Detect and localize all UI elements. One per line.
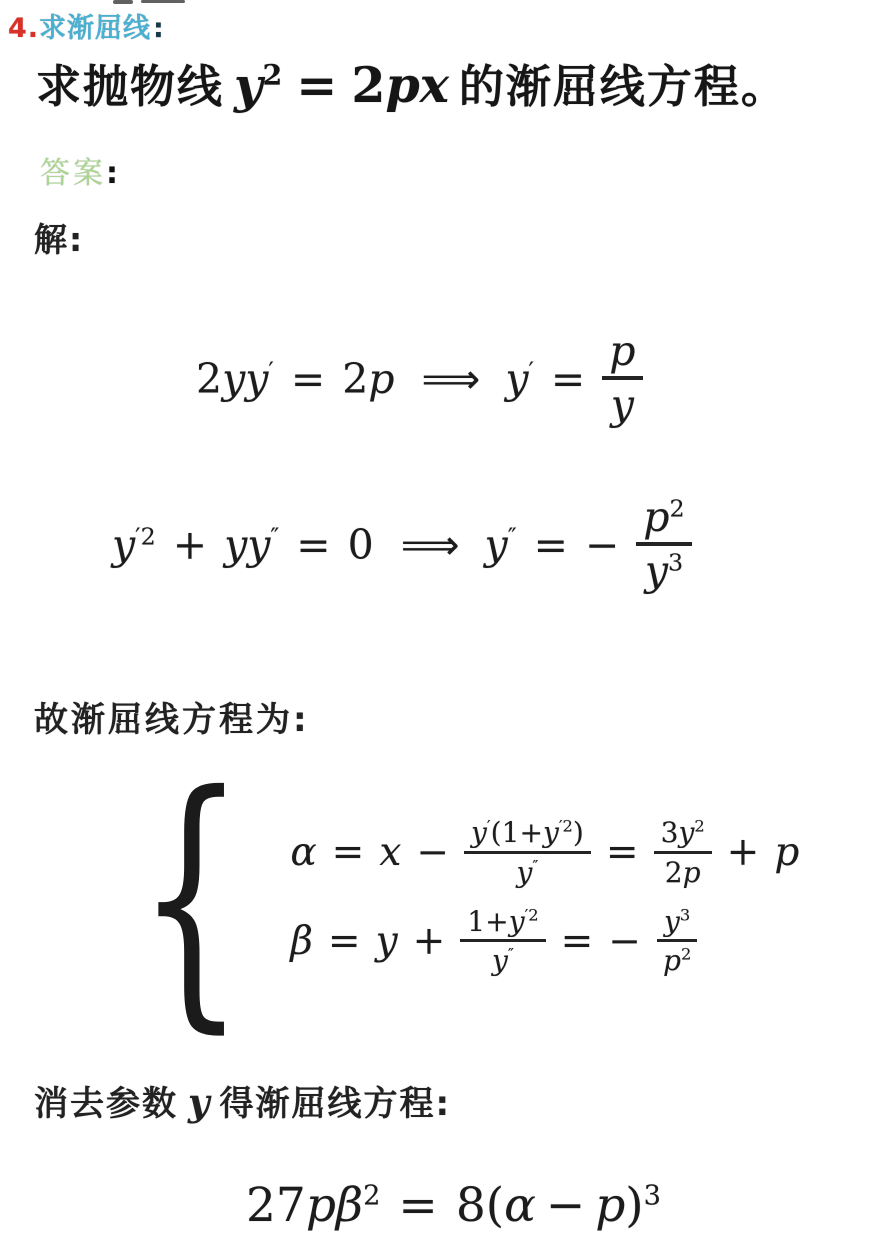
equation-second-derivative: y′2 + yy″ = 0 ⟹ y″ = − p2 y3 [112,496,692,593]
double-prime-mark: ″ [532,856,538,875]
var-y: y [188,1080,210,1124]
coef: 3 [661,816,679,849]
answer-text: 答案 [40,156,106,191]
var-y: y [471,816,487,849]
denominator: p2 [656,942,698,975]
exponent: 2 [670,494,685,522]
equals-sign: = [561,919,594,964]
equals-sign: = [332,830,365,875]
minus-sign: − [608,919,641,964]
y-prime: y′ [505,355,534,403]
numerator: p [602,330,642,380]
equals-sign: = [606,830,639,875]
prime-exponent: ′2 [559,817,573,836]
fraction-curvature-term: 1+y′2 y″ [460,907,545,976]
y-prime-squared: y′2 [112,521,156,569]
answer-colon: : [106,156,118,191]
equals-sign: = [296,521,330,569]
exponent: 2 [363,1180,380,1211]
var-y: y [376,919,398,964]
plus-sign: + [413,919,446,964]
equals-sign: = [534,521,568,569]
document-page: 4.求渐屈线: 求抛物线 y2=2px 的渐屈线方程。 答案: 解: 2yy′ … [0,0,886,1258]
equals-sign: = [296,56,337,114]
top-edge-artifact [113,0,133,4]
prime-exponent: ′2 [525,906,539,925]
section-title: 求渐屈线 [39,13,151,44]
section-number: 4. [8,13,39,44]
negative-fraction: − [585,521,619,569]
problem-equation: y2=2px [234,56,449,114]
elimination-sentence: 消去参数 y 得渐屈线方程: [34,1076,451,1125]
fraction-p2-over-y3: p2 y3 [636,496,691,593]
alpha-equation: α = x − y′(1+y′2) y″ = 3y2 2p + p [290,818,799,887]
var-p: p [368,355,394,403]
var-y: y [678,816,694,849]
var-alpha: α [290,830,316,875]
exponent: 2 [681,945,691,964]
open-paren: (1+ [491,816,543,849]
var-y: y [505,355,528,403]
final-lhs: 27pβ2 [246,1178,380,1233]
zero: 0 [348,521,374,569]
section-header: 4.求渐屈线: [8,6,165,45]
problem-prefix: 求抛物线 [36,50,224,115]
plus-sign: + [727,830,760,875]
var-y: y [112,521,135,569]
minus-sign: − [585,521,619,569]
prime-exponent: ′2 [135,522,156,550]
var-y: y [664,905,680,938]
coef: 2 [665,856,683,889]
numerator: p2 [636,496,691,546]
numerator: y3 [657,907,697,942]
coef-open-paren: 8( [456,1178,504,1233]
implies-arrow-icon: ⟹ [401,521,458,569]
numerator: y′(1+y′2) [464,818,591,853]
final-evolute-equation: 27pβ2 = 8(α−p)3 [246,1178,661,1233]
var-y: y [516,856,532,889]
equals-sign: = [551,355,585,403]
denominator: y3 [638,546,690,593]
final-rhs: 8(α−p)3 [456,1178,661,1233]
var-y: y [485,521,508,569]
y-double-prime: y″ [485,521,517,569]
prime-mark: ′ [528,356,533,384]
eq1-rhs: 2p [342,355,394,403]
vars: yy [224,521,270,569]
vars: yy [222,355,268,403]
problem-statement: 求抛物线 y2=2px 的渐屈线方程。 [36,50,788,115]
numerator: 3y2 [654,818,712,853]
problem-suffix: 的渐屈线方程。 [459,50,788,115]
close-paren: ) [625,1178,643,1233]
vars: pβ [306,1178,363,1233]
exponent: 3 [680,906,690,925]
minus-sign: − [416,830,449,875]
minus-sign: − [546,1178,585,1233]
var-alpha: α [504,1178,536,1233]
exponent: 2 [694,817,704,836]
top-edge-artifact [141,0,185,3]
coefficient: 2 [351,56,385,114]
implies-arrow-icon: ⟹ [422,355,479,403]
y-y-double-prime: yy″ [224,521,279,569]
fraction-y3-over-p2: y3 p2 [656,907,698,976]
denominator: y [604,380,641,427]
plus-sign: + [173,521,207,569]
evolute-intro-label: 故渐屈线方程为: [34,692,310,741]
equals-sign: = [398,1178,437,1233]
var-p: p [595,1178,625,1233]
var-x: x [379,830,401,875]
equals-sign: = [328,919,361,964]
var-y: y [492,944,508,977]
eq1-lhs: 2yy′ [196,355,274,403]
elim-prefix: 消去参数 [34,1076,178,1125]
var-p: p [683,856,701,889]
evolute-system: { α = x − y′(1+y′2) y″ = 3y2 2p + p [104,788,799,1006]
exponent: 3 [644,1180,661,1211]
double-prime-mark: ″ [508,522,517,550]
equation-first-derivative: 2yy′ = 2p ⟹ y′ = p y [196,330,643,427]
fraction-curvature-term: y′(1+y′2) y″ [464,818,591,887]
one-plus: 1+ [467,905,508,938]
var-y: y [645,547,668,595]
denominator: y″ [509,854,545,887]
var-p: p [663,944,681,977]
vars-px: px [385,56,448,114]
var-beta: β [290,919,313,964]
system-rows: α = x − y′(1+y′2) y″ = 3y2 2p + p β = [290,818,799,976]
fraction-p-over-y: p y [602,330,642,427]
close-paren: ) [573,816,584,849]
var-p: p [643,493,669,541]
fraction-3y2-over-2p: 3y2 2p [654,818,712,887]
beta-equation: β = y + 1+y′2 y″ = − y3 p2 [290,907,799,976]
coef: 2 [196,355,222,403]
var-y: y [509,905,525,938]
var-y: y [234,56,262,114]
left-brace: { [137,788,245,1006]
numerator: 1+y′2 [460,907,545,942]
exponent: 2 [263,58,283,92]
coef: 2 [342,355,368,403]
elim-suffix: 得渐屈线方程: [220,1076,452,1125]
var-y: y [543,816,559,849]
var-p: p [774,830,799,875]
denominator: 2p [658,854,708,887]
denominator: y″ [485,942,521,975]
answer-label: 答案: [40,148,118,192]
double-prime-mark: ″ [508,945,514,964]
section-colon: : [153,13,165,44]
double-prime-mark: ″ [270,522,279,550]
solution-label: 解: [34,214,84,261]
coef: 27 [246,1178,306,1233]
prime-mark: ′ [268,356,273,384]
equals-sign: = [291,355,325,403]
exponent: 3 [668,548,683,576]
